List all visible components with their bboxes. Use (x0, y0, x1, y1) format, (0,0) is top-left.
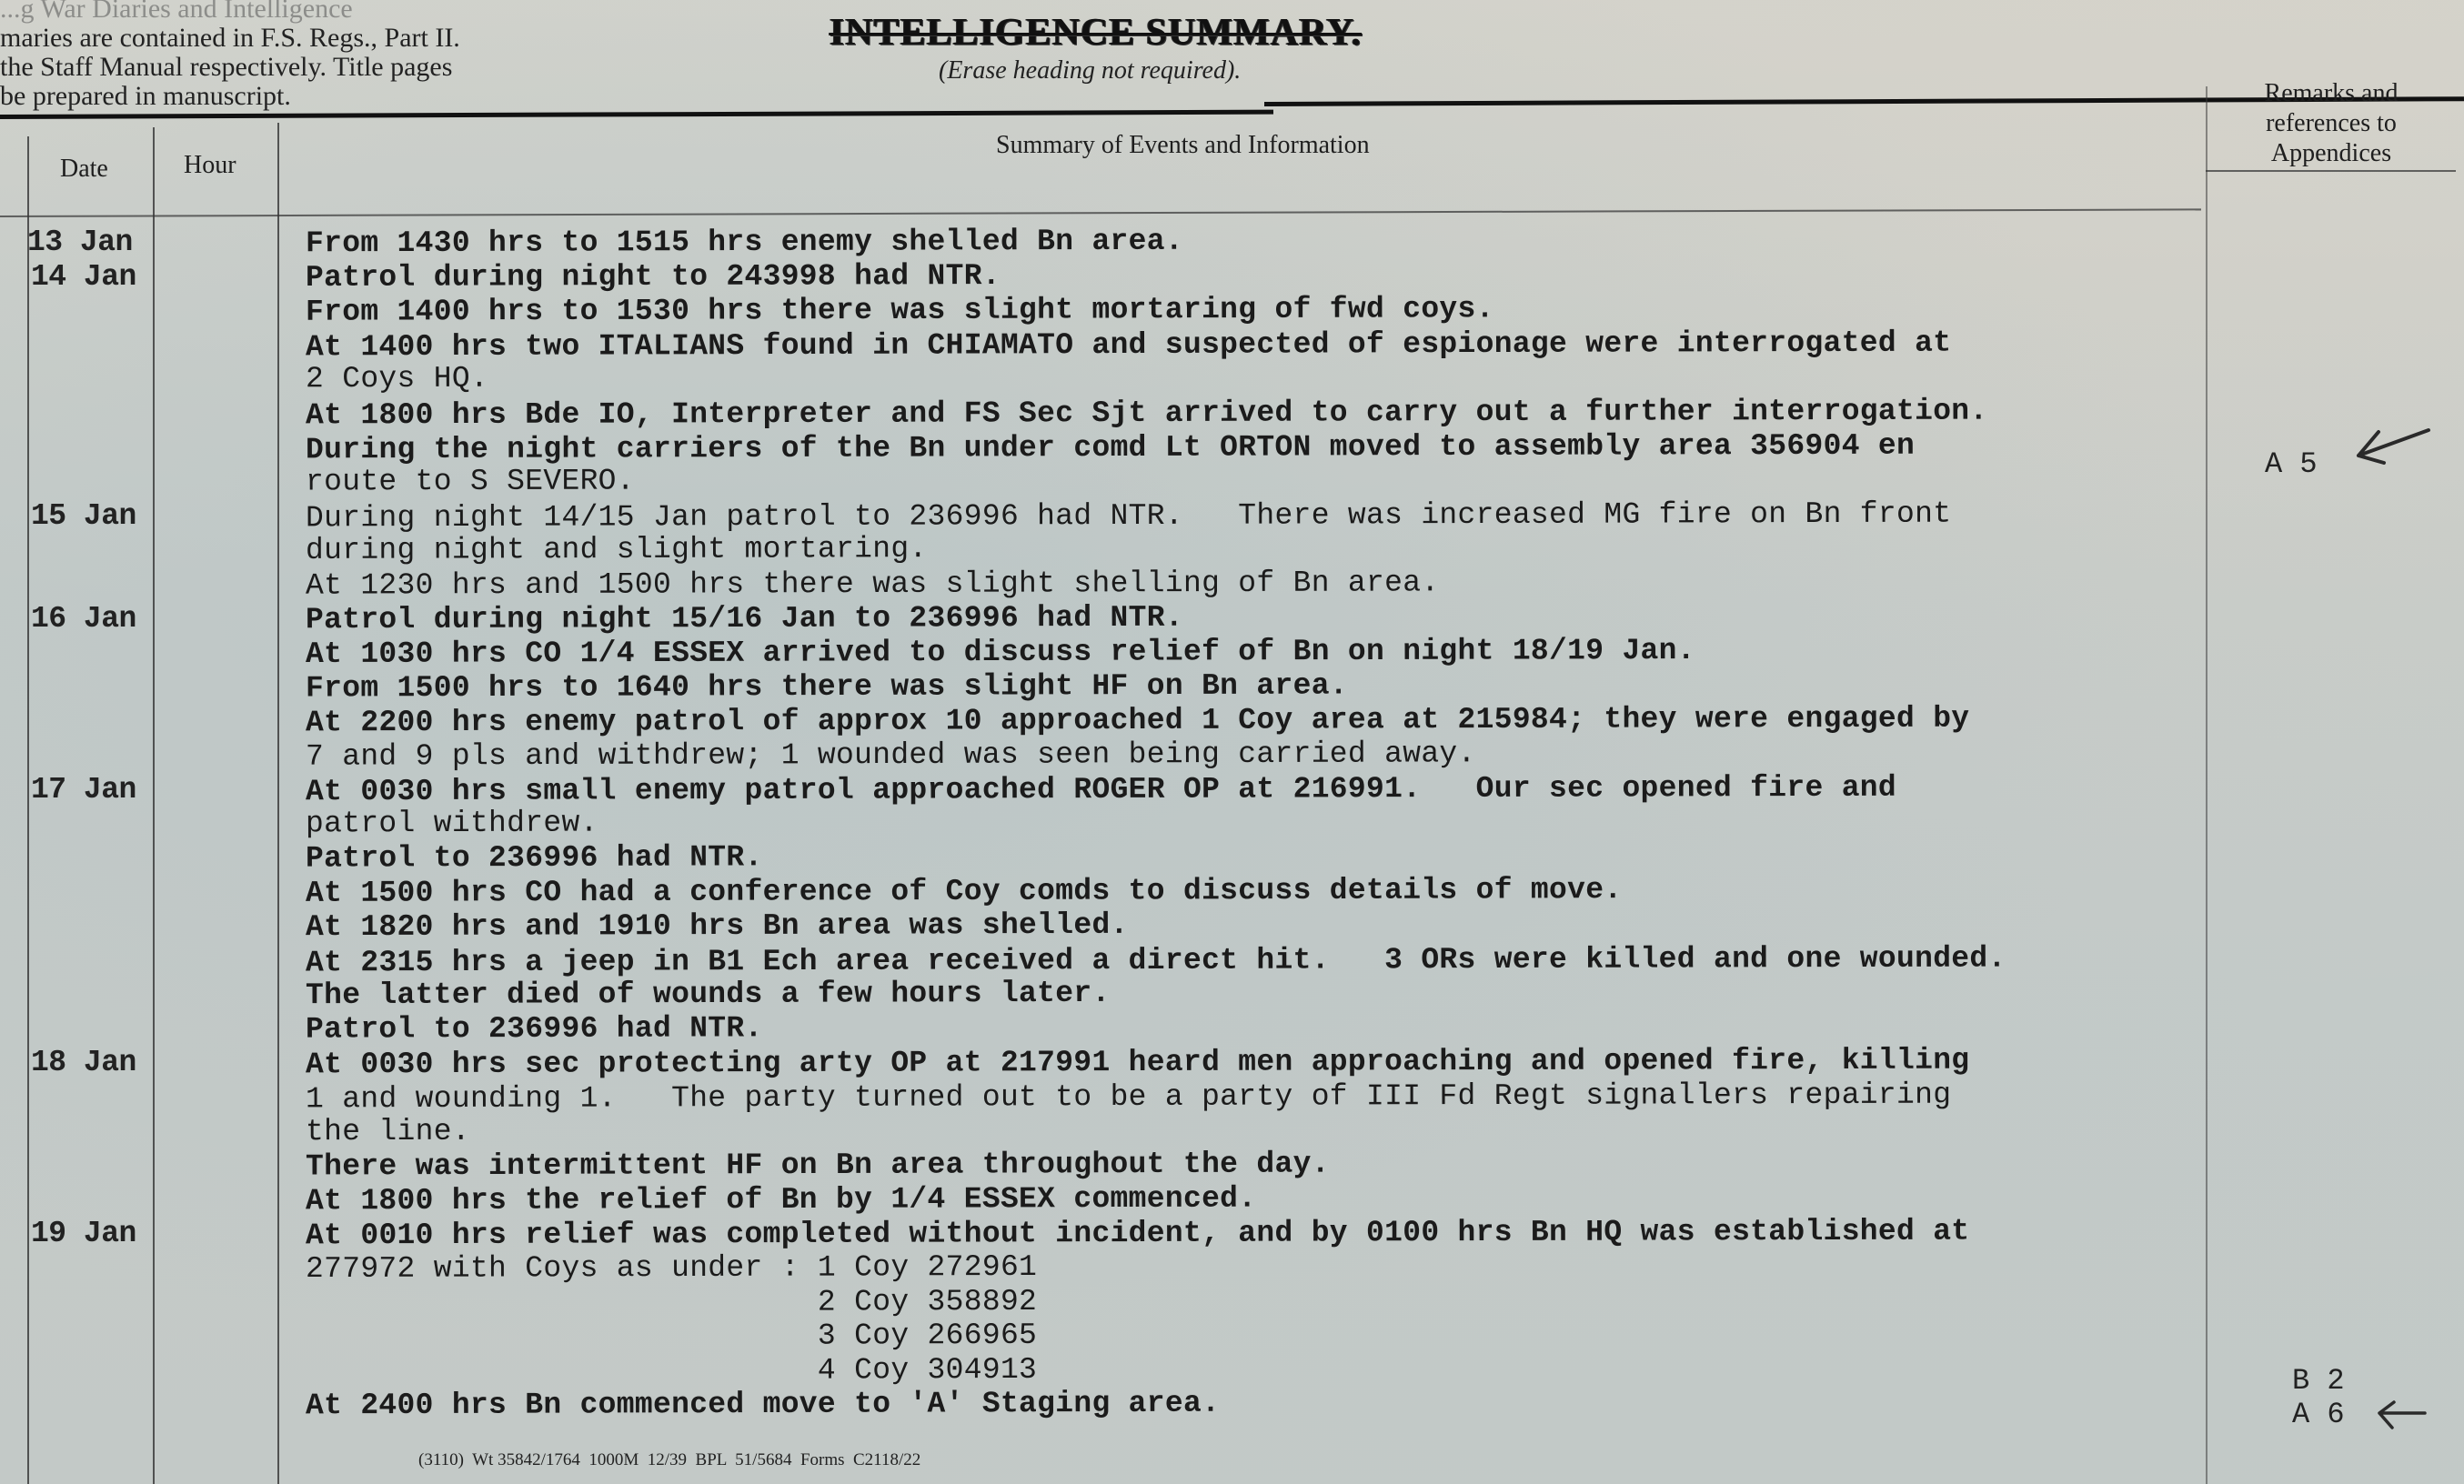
form-subheading: (Erase heading not required). (939, 56, 1241, 85)
entry-date: 15 Jan (31, 499, 136, 533)
entry-line: At 2400 hrs Bn commenced move to 'A' Sta… (306, 1387, 1220, 1423)
entry-date: 14 Jan (31, 260, 136, 294)
entry-line: patrol withdrew. (306, 807, 598, 841)
arrow-pointing-left-icon (2351, 423, 2433, 468)
form-footer: (3110) Wt 35842/1764 1000M 12/39 BPL 51/… (418, 1450, 920, 1470)
entry-line: From 1500 hrs to 1640 hrs there was slig… (306, 668, 1348, 705)
form-instructions: ...g War Diaries and Intelligence maries… (0, 0, 546, 111)
entry-line: 2 Coys HQ. (306, 362, 488, 396)
entry-line: At 1800 hrs Bde IO, Interpreter and FS S… (306, 395, 1988, 433)
remarks-header-line: Appendices (2199, 138, 2463, 168)
column-header-date: Date (60, 155, 108, 184)
entry-line: From 1400 hrs to 1530 hrs there was slig… (306, 292, 1494, 328)
entry-line: At 1500 hrs CO had a conference of Coy c… (306, 873, 1623, 910)
entry-line: 2 Coy 358892 (306, 1285, 1037, 1320)
column-divider (153, 127, 155, 1484)
entry-line: At 1400 hrs two ITALIANS found in CHIAMA… (306, 326, 1951, 364)
appendix-reference: A 6 (2292, 1398, 2345, 1431)
entry-date: 19 Jan (31, 1217, 136, 1250)
entry-line: 1 and wounding 1. The party turned out t… (306, 1078, 1951, 1117)
instructions-line: ...g War Diaries and Intelligence (0, 0, 546, 24)
column-header-remarks: Remarks and references to Appendices (2199, 78, 2463, 168)
entry-line: Patrol during night 15/16 Jan to 236996 … (306, 600, 1183, 637)
appendix-reference: B 2 (2292, 1364, 2345, 1398)
entry-line: During the night carriers of the Bn unde… (306, 428, 1915, 466)
entry-line: At 0010 hrs relief was completed without… (306, 1215, 1969, 1253)
entry-line: Patrol to 236996 had NTR. (306, 840, 763, 875)
entry-line: Patrol during night to 243998 had NTR. (306, 259, 1001, 295)
instructions-line: be prepared in manuscript. (0, 82, 546, 111)
column-divider (277, 123, 279, 1484)
entry-line: 3 Coy 266965 (306, 1319, 1037, 1354)
entry-line: From 1430 hrs to 1515 hrs enemy shelled … (306, 225, 1183, 261)
top-rule (0, 110, 1273, 119)
header-divider (2206, 170, 2456, 172)
remarks-header-line: Remarks and (2199, 78, 2463, 108)
form-heading: INTELLIGENCE SUMMARY. (830, 11, 1362, 55)
entry-date: 16 Jan (31, 602, 136, 636)
entry-line: during night and slight mortaring. (306, 532, 928, 567)
arrow-pointing-left-icon (2374, 1399, 2429, 1435)
column-divider (27, 136, 29, 1484)
header-divider (0, 208, 2201, 217)
column-divider (2206, 86, 2208, 1484)
entry-line: 4 Coy 304913 (306, 1353, 1037, 1389)
entry-line: the line. (306, 1114, 470, 1148)
instructions-line: maries are contained in F.S. Regs., Part… (0, 24, 546, 53)
entry-line: At 2315 hrs a jeep in B1 Ech area receiv… (306, 941, 2006, 979)
entry-line: 7 and 9 pls and withdrew; 1 wounded was … (306, 737, 1476, 773)
entry-line: During night 14/15 Jan patrol to 236996 … (306, 496, 1951, 535)
entry-line: At 2200 hrs enemy patrol of approx 10 ap… (306, 702, 1969, 740)
entry-date: 18 Jan (31, 1046, 136, 1079)
entry-line: route to S SEVERO. (306, 465, 635, 499)
entry-line: At 1820 hrs and 1910 hrs Bn area was she… (306, 908, 1129, 944)
entry-line: Patrol to 236996 had NTR. (306, 1011, 763, 1046)
entry-date: 13 Jan (27, 226, 133, 259)
entry-line: There was intermittent HF on Bn area thr… (306, 1148, 1330, 1184)
entry-line: At 0030 hrs sec protecting arty OP at 21… (306, 1044, 1969, 1082)
entry-date: 17 Jan (31, 773, 136, 807)
entry-line: At 1230 hrs and 1500 hrs there was sligh… (306, 566, 1439, 602)
entry-line: At 1800 hrs the relief of Bn by 1/4 ESSE… (306, 1181, 1256, 1218)
appendix-reference: A 5 (2265, 447, 2318, 481)
entry-line: 277972 with Coys as under : 1 Coy 272961 (306, 1250, 1037, 1286)
remarks-header-line: references to (2199, 108, 2463, 138)
column-header-summary: Summary of Events and Information (996, 131, 1370, 160)
entry-line: At 0030 hrs small enemy patrol approache… (306, 770, 1896, 808)
instructions-line: the Staff Manual respectively. Title pag… (0, 53, 546, 82)
entry-line: The latter died of wounds a few hours la… (306, 977, 1111, 1012)
column-header-hour: Hour (184, 151, 236, 180)
entry-line: At 1030 hrs CO 1/4 ESSEX arrived to disc… (306, 634, 1695, 671)
